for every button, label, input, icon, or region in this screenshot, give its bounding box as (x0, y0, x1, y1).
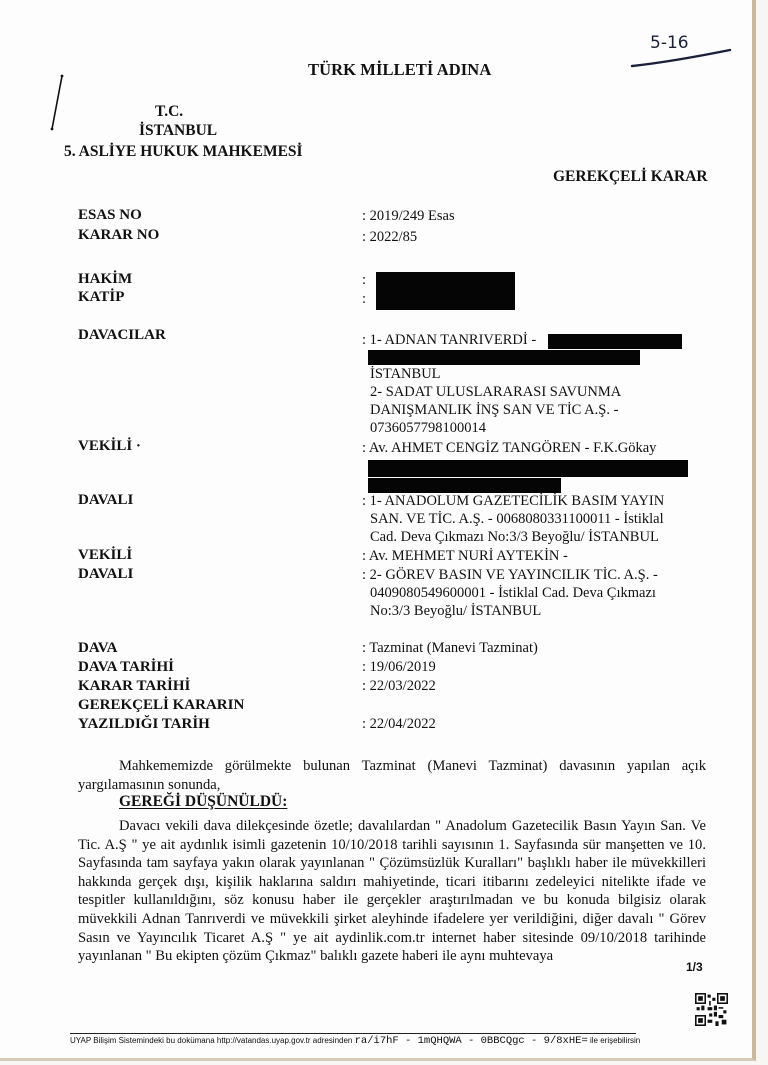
court-name: 5. ASLİYE HUKUK MAHKEMESİ (64, 143, 303, 161)
city-label: İSTANBUL (139, 122, 217, 140)
davali-vekili-value: : Av. MEHMET NURİ AYTEKİN - (362, 548, 568, 565)
davali-1-line-3: Cad. Deva Çıkmazı No:3/3 Beyoğlu/ İSTANB… (370, 529, 659, 546)
davali-2-line-2: 0409080549600001 - İstiklal Cad. Deva Çı… (370, 585, 656, 602)
body-paragraph: Davacı vekili dava dilekçesinde özetle; … (78, 817, 706, 966)
redaction-plaintiff-address (368, 350, 640, 365)
dava-value: : Tazminat (Manevi Tazminat) (362, 640, 538, 657)
svg-text:5-16: 5-16 (650, 33, 689, 53)
davali-2-line-1: : 2- GÖREV BASIN VE YAYINCILIK TİC. A.Ş.… (362, 567, 658, 584)
davacilar-label: DAVACILAR (78, 327, 166, 344)
davaci-line-4: DANIŞMANLIK İNŞ SAN VE TİC A.Ş. - (370, 402, 618, 419)
davali-1-line-2: SAN. VE TİC. A.Ş. - 0068080331100011 - İ… (370, 511, 664, 528)
handwritten-page-note: 5-16 (630, 26, 740, 86)
hakim-value: : (362, 272, 366, 289)
intro-paragraph: Mahkememizde görülmekte bulunan Tazminat… (78, 757, 706, 794)
davali-1-line-1: : 1- ANADOLUM GAZETECİLİK BASIM YAYIN (362, 493, 664, 510)
footer-divider (70, 1033, 636, 1034)
davaci-vekili-value: : Av. AHMET CENGİZ TANGÖREN - F.K.Gökay (362, 440, 656, 457)
davaci-line-5: 0736057798100014 (370, 420, 486, 437)
davaci-line-2: İSTANBUL (370, 366, 441, 383)
davali-vekili-label: VEKİLİ (78, 547, 132, 564)
verification-suffix: ile erişebilirsin (590, 1036, 640, 1045)
document-type: GEREKÇELİ KARAR (553, 168, 708, 186)
karar-no-label: KARAR NO (78, 227, 159, 244)
davaci-vekili-label: VEKİLİ · (78, 438, 141, 455)
redaction-plaintiff-id (548, 334, 682, 349)
esas-no-label: ESAS NO (78, 207, 142, 224)
redaction-lawyer-address-2 (368, 478, 561, 493)
redaction-judge-clerk (376, 272, 515, 310)
yazildigi-tarih-value: : 22/04/2022 (362, 716, 436, 733)
verification-code: ra/i7hF - 1mQHQWA - 0BBCQgc - 9/8xHE= (355, 1035, 588, 1047)
header-title: TÜRK MİLLETİ ADINA (308, 60, 491, 80)
davali-1-label: DAVALI (78, 492, 133, 509)
dava-tarihi-value: : 19/06/2019 (362, 659, 436, 676)
gerekceli-kararin-label: GEREKÇELİ KARARIN (78, 697, 244, 714)
dava-label: DAVA (78, 640, 117, 657)
verification-footer: UYAP Bilişim Sistemindeki bu dokümana ht… (70, 1035, 640, 1047)
karar-tarihi-label: KARAR TARİHİ (78, 678, 190, 695)
karar-no-value: : 2022/85 (362, 229, 417, 246)
document-page: 5-16 TÜRK MİLLETİ ADINA T.C. İSTANBUL 5.… (0, 0, 756, 1061)
karar-tarihi-value: : 22/03/2022 (362, 678, 436, 695)
davaci-line-3: 2- SADAT ULUSLARARASI SAVUNMA (370, 384, 621, 401)
section-heading: GEREĞİ DÜŞÜNÜLDÜ: (119, 793, 287, 811)
dava-tarihi-label: DAVA TARİHİ (78, 659, 174, 676)
handwritten-slash-mark (48, 73, 68, 133)
verification-prefix: UYAP Bilişim Sistemindeki bu dokümana ht… (70, 1036, 352, 1045)
davali-2-line-3: No:3/3 Beyoğlu/ İSTANBUL (370, 603, 541, 620)
country-label: T.C. (155, 103, 183, 121)
katip-value: : (362, 291, 366, 308)
redaction-lawyer-address-1 (368, 460, 688, 477)
qr-code-icon (695, 993, 728, 1026)
davaci-line-1: : 1- ADNAN TANRIVERDİ - (362, 332, 536, 349)
esas-no-value: : 2019/249 Esas (362, 208, 455, 225)
davali-2-label: DAVALI (78, 566, 133, 583)
yazildigi-tarih-label: YAZILDIĞI TARİH (78, 716, 210, 733)
page-number: 1/3 (686, 960, 703, 974)
katip-label: KATİP (78, 289, 124, 306)
hakim-label: HAKİM (78, 271, 132, 288)
